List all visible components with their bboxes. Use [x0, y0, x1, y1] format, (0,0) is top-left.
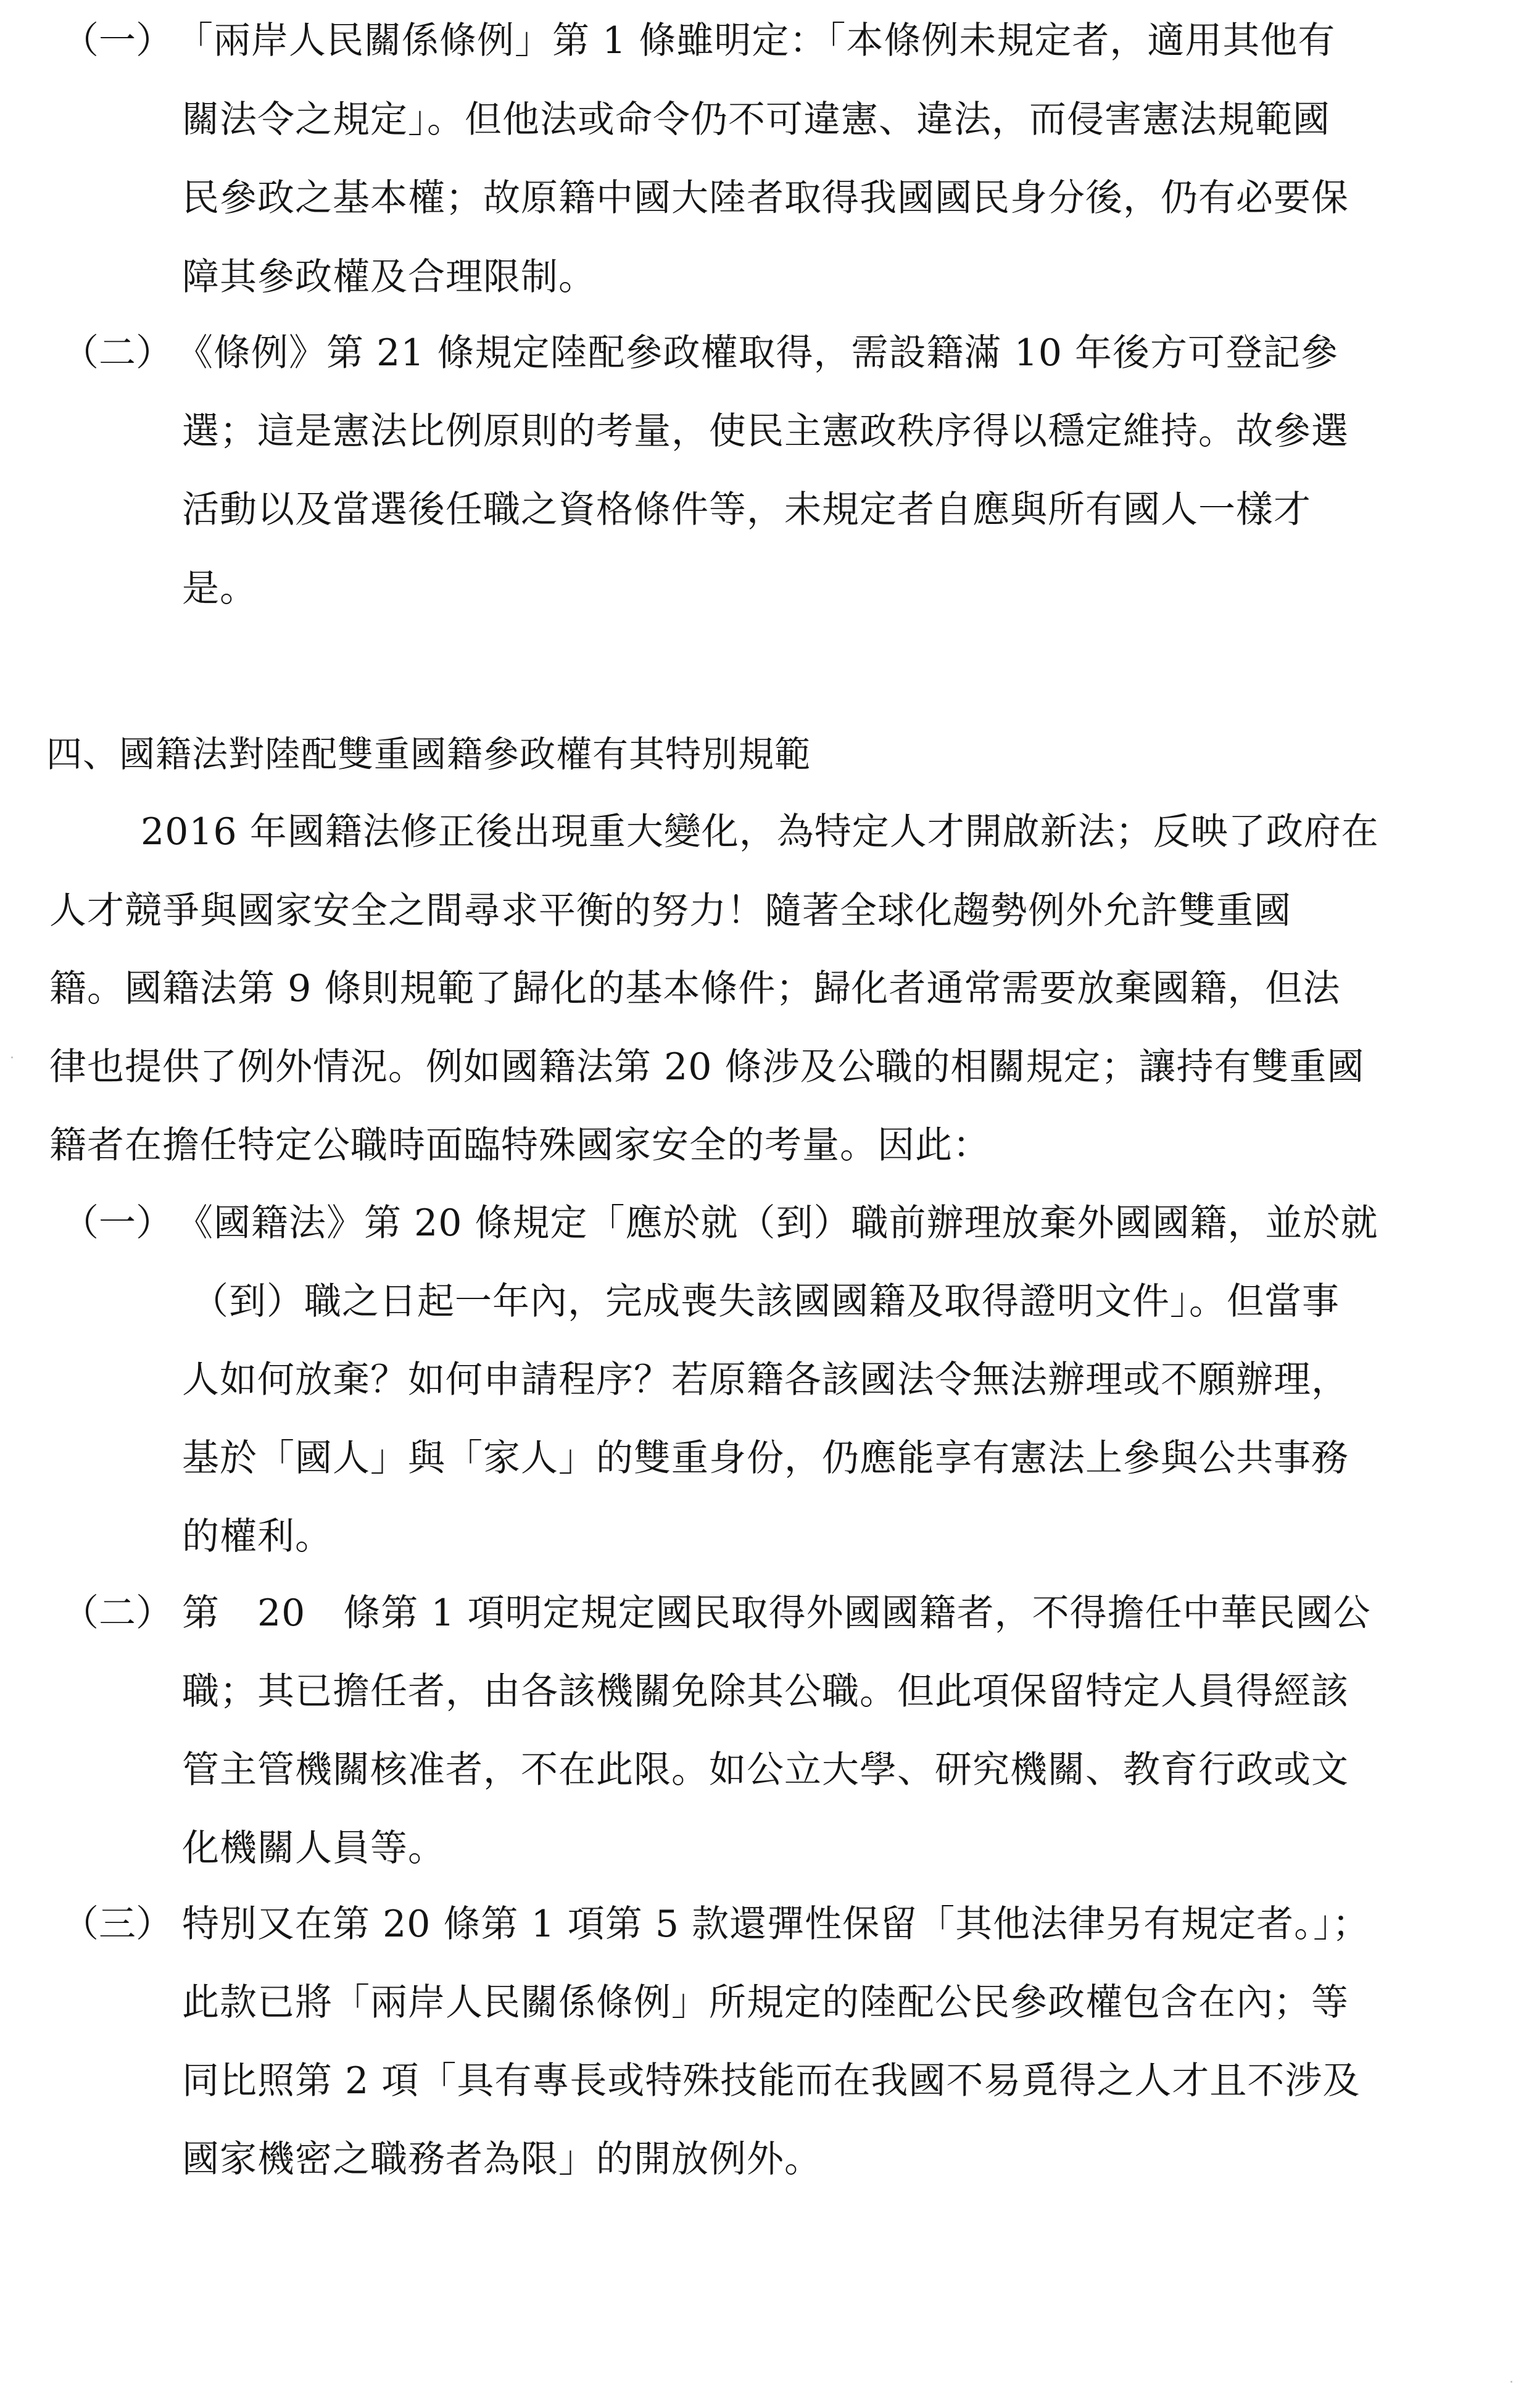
paragraph-line: 選；這是憲法比例原則的考量，使民主憲政秩序得以穩定維持。故參選 — [182, 409, 1349, 454]
paragraph-line: 此款已將「兩岸人民關係條例」所規定的陸配公民參政權包含在內；等 — [182, 1980, 1349, 2025]
paragraph-line: 「兩岸人民關係條例」第 1 條雖明定：「本條例未規定者，適用其他有 — [176, 19, 1335, 63]
paragraph-line: 《條例》第 21 條規定陸配參政權取得，需設籍滿 10 年後方可登記參 — [176, 331, 1338, 375]
section-heading: 四、國籍法對陸配雙重國籍參政權有其特別規範 — [46, 732, 811, 776]
paragraph-line: 的權利。 — [182, 1514, 333, 1559]
paragraph-line: 同比照第 2 項「具有專長或特殊技能而在我國不易覓得之人才且不涉及 — [182, 2059, 1360, 2103]
paragraph-line: 人如何放棄？如何申請程序？若原籍各該國法令無法辦理或不願辦理， — [182, 1358, 1349, 1402]
paragraph-line: 活動以及當選後任職之資格條件等，未規定者自應與所有國人一樣才 — [182, 488, 1311, 532]
paragraph-line: 人才競爭與國家安全之間尋求平衡的努力！隨著全球化趨勢例外允許雙重國 — [49, 889, 1291, 933]
paragraph-line: 特別又在第 20 條第 1 項第 5 款還彈性保留「其他法律另有規定者。」； — [182, 1902, 1370, 1946]
item-label: （二） — [62, 1591, 173, 1635]
paragraph-line: 管主管機關核准者，不在此限。如公立大學、研究機關、教育行政或文 — [182, 1748, 1349, 1792]
paragraph-line: 籍者在擔任特定公職時面臨特殊國家安全的考量。因此： — [49, 1123, 990, 1168]
paragraph-line: 國家機密之職務者為限」的開放例外。 — [182, 2137, 822, 2182]
item-label: （二） — [62, 331, 173, 375]
scan-speck — [1510, 2381, 1512, 2383]
paragraph-line: 籍。國籍法第 9 條則規範了歸化的基本條件；歸化者通常需要放棄國籍，但法 — [49, 966, 1340, 1011]
paragraph-line: 2016 年國籍法修正後出現重大變化，為特定人才開啟新法；反映了政府在 — [141, 810, 1379, 854]
document-page: （一） 「兩岸人民關係條例」第 1 條雖明定：「本條例未規定者，適用其他有 關法… — [0, 0, 1529, 2408]
paragraph-line: 職；其已擔任者，由各該機關免除其公職。但此項保留特定人員得經該 — [182, 1669, 1349, 1714]
paragraph-line: 律也提供了例外情況。例如國籍法第 20 條涉及公職的相關規定；讓持有雙重國 — [49, 1045, 1365, 1089]
paragraph-line: 化機關人員等。 — [182, 1826, 445, 1870]
paragraph-line: 《國籍法》第 20 條規定「應於就（到）職前辦理放棄外國國籍，並於就 — [176, 1201, 1378, 1245]
paragraph-line: 基於「國人」與「家人」的雙重身份，仍應能享有憲法上參與公共事務 — [182, 1436, 1349, 1480]
item-label: （三） — [62, 1902, 173, 1946]
item-label: （一） — [62, 19, 173, 63]
paragraph-line: 關法令之規定」。但他法或命令仍不可違憲、違法，而侵害憲法規範國 — [182, 98, 1330, 142]
paragraph-line: 第 20 條第 1 項明定規定國民取得外國國籍者，不得擔任中華民國公 — [182, 1591, 1371, 1635]
paragraph-line: （到）職之日起一年內，完成喪失該國國籍及取得證明文件」。但當事 — [191, 1279, 1340, 1324]
paragraph-line: 是。 — [182, 567, 257, 611]
paragraph-line: 民參政之基本權；故原籍中國大陸者取得我國國民身分後，仍有必要保 — [182, 176, 1349, 220]
item-label: （一） — [62, 1201, 173, 1245]
scan-speck — [11, 1057, 13, 1058]
paragraph-line: 障其參政權及合理限制。 — [182, 255, 596, 299]
